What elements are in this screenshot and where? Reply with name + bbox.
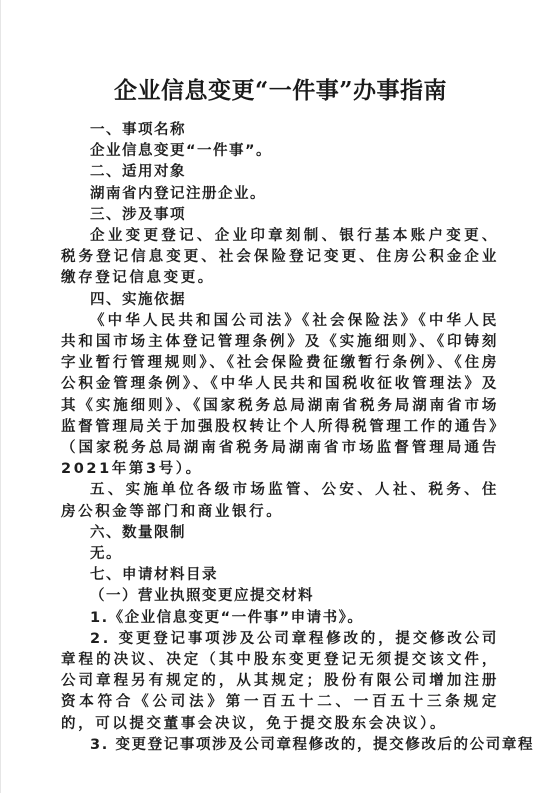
section-heading-4: 四、实施依据	[61, 290, 499, 311]
section-5-text: 五、实施单位各级市场监管、公安、人社、税务、住房公积金等部门和商业银行。	[61, 480, 499, 522]
section-4-text: 《中华人民共和国公司法》《社会保险法》《中华人民共和国市场主体登记管理条例》及《…	[61, 311, 499, 481]
material-item-1: 1.《企业信息变更“一件事”申请书》。	[61, 608, 499, 629]
section-heading-3: 三、涉及事项	[61, 205, 499, 226]
material-item-2: 2. 变更登记事项涉及公司章程修改的，提交修改公司章程的决议、决定（其中股东变更…	[61, 629, 499, 735]
document-body: 一、事项名称 企业信息变更“一件事”。 二、适用对象 湖南省内登记注册企业。 三…	[61, 120, 499, 756]
section-2-text: 湖南省内登记注册企业。	[61, 184, 499, 205]
section-heading-6: 六、数量限制	[61, 523, 499, 544]
material-item-3: 3. 变更登记事项涉及公司章程修改的，提交修改后的公司章程	[61, 735, 499, 756]
document-page: 企业信息变更“一件事”办事指南 一、事项名称 企业信息变更“一件事”。 二、适用…	[0, 0, 559, 793]
section-heading-7: 七、申请材料目录	[61, 565, 499, 586]
section-1-text: 企业信息变更“一件事”。	[61, 141, 499, 162]
section-heading-2: 二、适用对象	[61, 162, 499, 183]
section-6-text: 无。	[61, 544, 499, 565]
document-title: 企业信息变更“一件事”办事指南	[1, 72, 559, 105]
section-heading-1: 一、事项名称	[61, 120, 499, 141]
subsection-heading-7-1: （一）营业执照变更应提交材料	[61, 586, 499, 607]
section-3-text: 企业变更登记、企业印章刻制、银行基本账户变更、税务登记信息变更、社会保险登记变更…	[61, 226, 499, 290]
